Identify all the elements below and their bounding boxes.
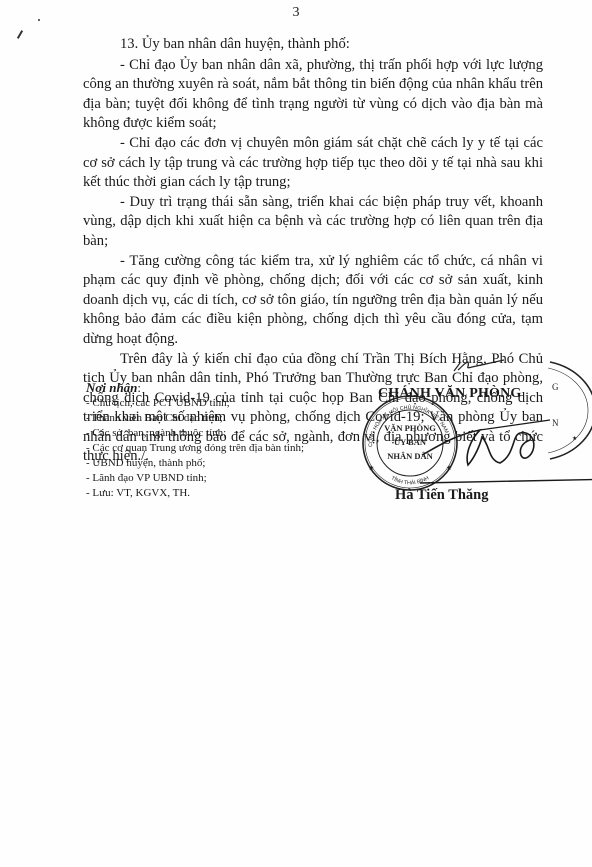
star-icon: ★ (368, 464, 374, 472)
paragraph: - Chỉ đạo Ủy ban nhân dân xã, phường, th… (83, 56, 543, 134)
paragraph: - Chỉ đạo các đơn vị chuyên môn giám sát… (83, 134, 543, 193)
recipient-item: - Các sở, ban, ngành thuộc tỉnh; (86, 426, 304, 441)
recipients-title: Nơi nhận: (86, 380, 304, 396)
recipient-item: - Lưu: VT, KGVX, TH. (86, 486, 304, 501)
initials-mark (452, 359, 507, 373)
recipient-item: - Thành viên Ban Chỉ đạo tỉnh; (86, 411, 304, 426)
margin-slash-mark (17, 30, 23, 39)
svg-text:G: G (552, 382, 559, 392)
page-number: 3 (0, 5, 592, 21)
paragraph: - Duy trì trạng thái sẵn sàng, triển kha… (83, 193, 543, 252)
recipients-list: - Chủ tịch, các PCT UBND tỉnh; - Thành v… (86, 396, 304, 501)
recipient-item: - Lãnh đạo VP UBND tỉnh; (86, 471, 304, 486)
handwritten-signature (420, 415, 592, 495)
section-heading: 13. Ủy ban nhân dân huyện, thành phố: (83, 35, 543, 55)
recipient-item: - Chủ tịch, các PCT UBND tỉnh; (86, 396, 304, 411)
margin-dot-mark (38, 19, 40, 21)
signer-name: Hà Tiến Thăng (395, 487, 489, 504)
paragraph: - Tăng cường công tác kiểm tra, xử lý ng… (83, 252, 543, 350)
recipient-item: - Các cơ quan Trung ương đóng trên địa b… (86, 441, 304, 456)
recipient-item: - UBND huyện, thành phố; (86, 456, 304, 471)
recipients: Nơi nhận: - Chủ tịch, các PCT UBND tỉnh;… (86, 380, 304, 501)
